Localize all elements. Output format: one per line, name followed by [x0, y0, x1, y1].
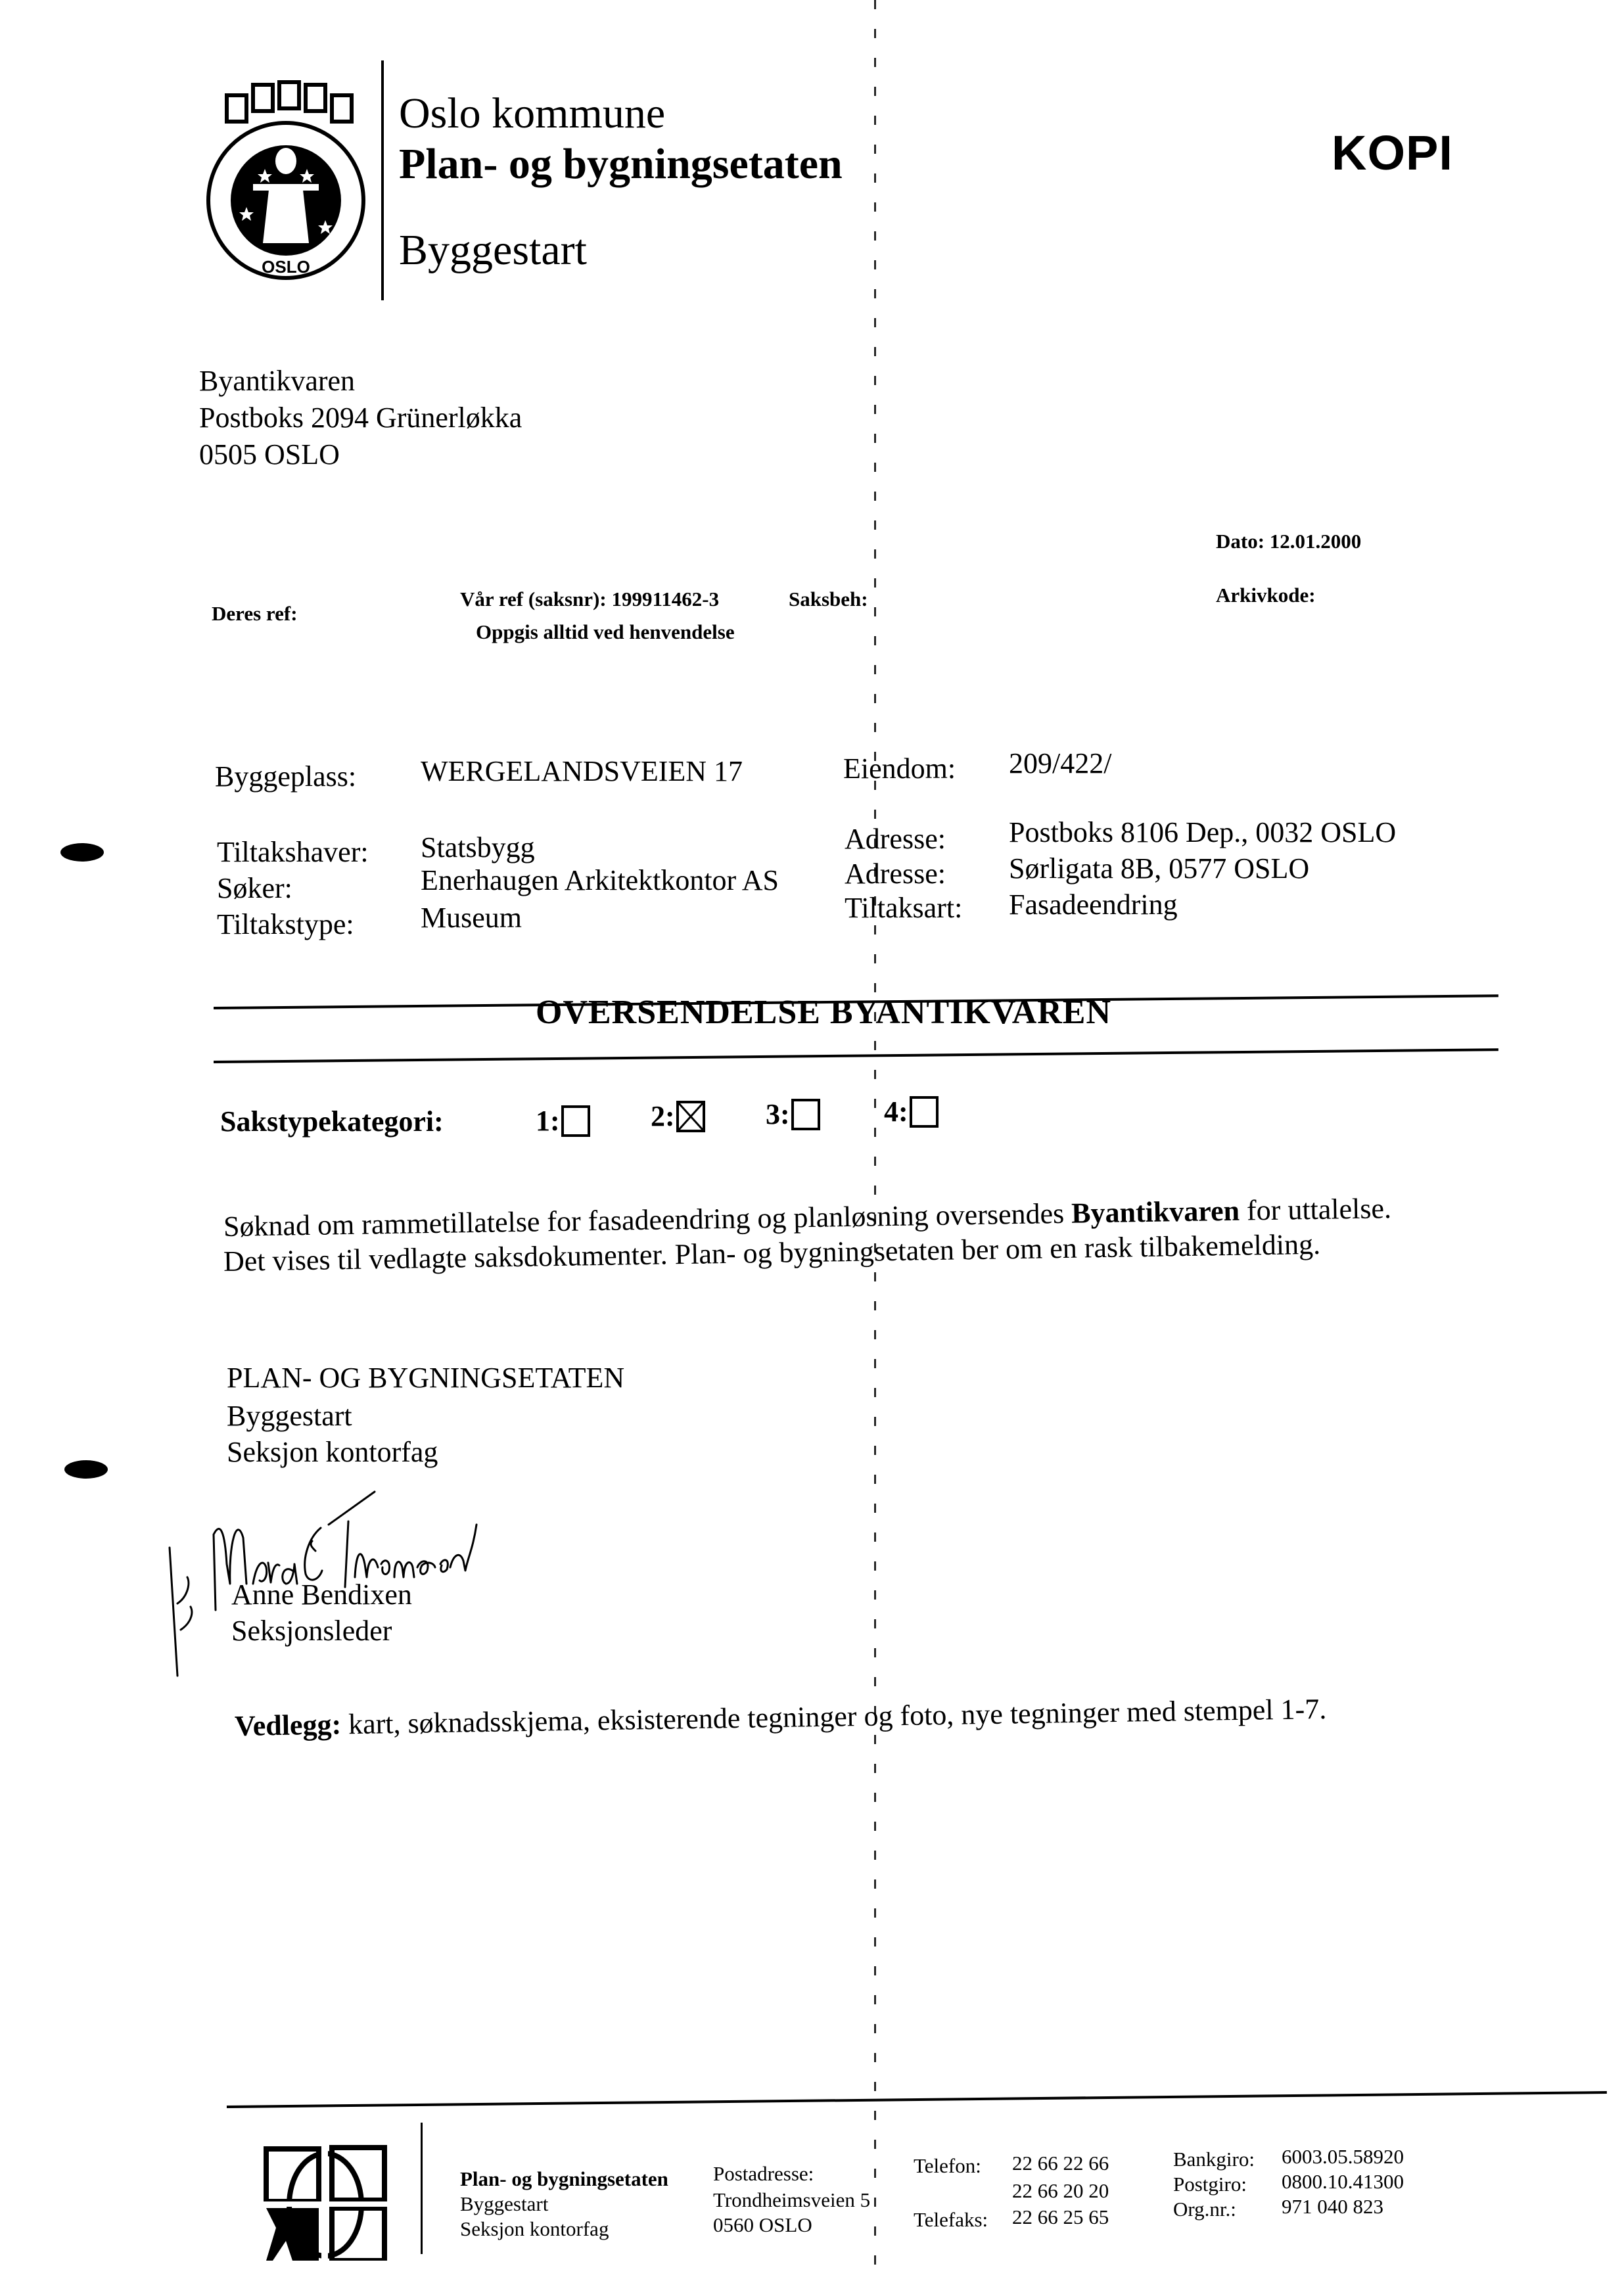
body-text: for uttalelse. [1240, 1192, 1392, 1227]
footer-org: Plan- og bygningsetaten [460, 2169, 668, 2189]
org-name: Oslo kommune [399, 92, 665, 135]
closing-unit: Byggestart [227, 1402, 352, 1431]
category-option-label: 1: [536, 1107, 560, 1136]
category-option-1[interactable]: 1: [536, 1105, 590, 1137]
oslo-crest-icon: OSLO [200, 76, 371, 286]
svg-text:OSLO: OSLO [262, 257, 310, 277]
footer-divider [421, 2123, 423, 2254]
our-ref-note: Oppgis alltid ved henvendelse [476, 622, 735, 642]
their-ref-label: Deres ref: [212, 603, 298, 624]
checkbox-1[interactable] [561, 1105, 590, 1137]
our-ref: Vår ref (saksnr): 199911462-3 [460, 589, 719, 609]
punch-hole [60, 843, 104, 862]
field-value-byggeplass: WERGELANDSVEIEN 17 [421, 757, 743, 786]
footer-phone-1: 22 66 22 66 [1012, 2153, 1109, 2173]
header-divider [381, 60, 384, 300]
category-option-4[interactable]: 4: [884, 1096, 939, 1128]
footer-bankgiro: 6003.05.58920 [1282, 2146, 1404, 2167]
handwritten-signature [151, 1485, 677, 1682]
checkbox-4[interactable] [910, 1096, 939, 1128]
field-label-adresse-1: Adresse: [845, 825, 946, 854]
footer-postal-label: Postadresse: [713, 2163, 814, 2184]
signer-title: Seksjonsleder [231, 1617, 392, 1646]
category-option-label: 3: [766, 1100, 790, 1129]
date-field: Dato: 12.01.2000 [1216, 531, 1361, 551]
body-text-emphasis: Byantikvaren [1071, 1195, 1240, 1230]
category-option-3[interactable]: 3: [766, 1099, 820, 1130]
field-label-tiltakshaver: Tiltakshaver: [217, 838, 369, 867]
field-value-soker: Enerhaugen Arkitektkontor AS [421, 866, 779, 895]
footer-fax-label: Telefaks: [914, 2209, 988, 2230]
department-name: Plan- og bygningsetaten [399, 143, 843, 186]
category-option-2[interactable]: 2: [651, 1101, 705, 1132]
footer-postal-street: Trondheimsveien 5 [713, 2190, 870, 2210]
checkbox-3[interactable] [791, 1099, 820, 1130]
field-value-eiendom: 209/422/ [1009, 749, 1111, 778]
category-option-label: 4: [884, 1097, 908, 1126]
field-value-tiltakstype: Museum [421, 904, 522, 933]
field-label-tiltakstype: Tiltakstype: [217, 910, 354, 939]
attachments-label: Vedlegg: [235, 1708, 342, 1742]
date-value: 12.01.2000 [1270, 530, 1362, 553]
footer-rule [227, 2091, 1607, 2108]
attachments-line: Vedlegg: kart, søknadsskjema, eksisteren… [235, 1695, 1327, 1741]
punch-hole [64, 1460, 108, 1479]
field-label-tiltaksart: Tiltaksart: [845, 894, 962, 923]
our-ref-value: 199911462-3 [611, 588, 719, 611]
footer-bankgiro-label: Bankgiro: [1173, 2149, 1255, 2169]
closing-org: PLAN- OG BYGNINGSETATEN [227, 1364, 624, 1393]
footer-fax: 22 66 25 65 [1012, 2207, 1109, 2227]
footer-orgnr: 971 040 823 [1282, 2196, 1383, 2217]
date-label: Dato: [1216, 530, 1264, 553]
checkbox-2-checked[interactable] [676, 1101, 705, 1132]
field-label-soker: Søker: [217, 874, 292, 903]
footer-phone-label: Telefon: [914, 2155, 981, 2176]
footer-postgiro: 0800.10.41300 [1282, 2171, 1404, 2192]
field-value-tiltaksart: Fasadeendring [1009, 890, 1178, 919]
field-value-tiltakshaver: Statsbygg [421, 833, 535, 862]
signer-name: Anne Bendixen [231, 1580, 412, 1609]
handler-label: Saksbeh: [789, 589, 868, 609]
closing-section: Seksjon kontorfag [227, 1438, 438, 1467]
field-value-adresse-1: Postboks 8106 Dep., 0032 OSLO [1009, 818, 1396, 847]
archive-label: Arkivkode: [1216, 585, 1316, 605]
title-rule-bottom [214, 1048, 1498, 1063]
category-label: Sakstypekategori: [220, 1107, 444, 1136]
footer-unit: Byggestart [460, 2194, 548, 2214]
field-value-adresse-2: Sørligata 8B, 0577 OSLO [1009, 854, 1309, 883]
footer-phone-2: 22 66 20 20 [1012, 2180, 1109, 2201]
document-title: OVERSENDELSE BYANTIKVAREN [536, 996, 1111, 1030]
recipient-address: Postboks 2094 Grünerløkka [199, 403, 522, 432]
our-ref-label: Vår ref (saksnr): [460, 588, 607, 611]
field-label-eiendom: Eiendom: [843, 754, 956, 783]
category-option-label: 2: [651, 1102, 675, 1131]
field-label-adresse-2: Adresse: [845, 860, 946, 888]
scan-fold-line [874, 0, 876, 2281]
attachments-text: kart, søknadsskjema, eksisterende tegnin… [341, 1693, 1327, 1741]
footer-postal-city: 0560 OSLO [713, 2215, 812, 2235]
footer-section: Seksjon kontorfag [460, 2219, 609, 2239]
pbe-logo-icon [246, 2142, 404, 2261]
copy-stamp: KOPI [1332, 129, 1453, 177]
field-label-byggeplass: Byggeplass: [215, 762, 356, 791]
footer-orgnr-label: Org.nr.: [1173, 2199, 1236, 2219]
footer-postgiro-label: Postgiro: [1173, 2174, 1247, 2194]
section-name: Byggestart [399, 229, 587, 272]
recipient-postal: 0505 OSLO [199, 440, 340, 469]
recipient-name: Byantikvaren [199, 367, 355, 396]
